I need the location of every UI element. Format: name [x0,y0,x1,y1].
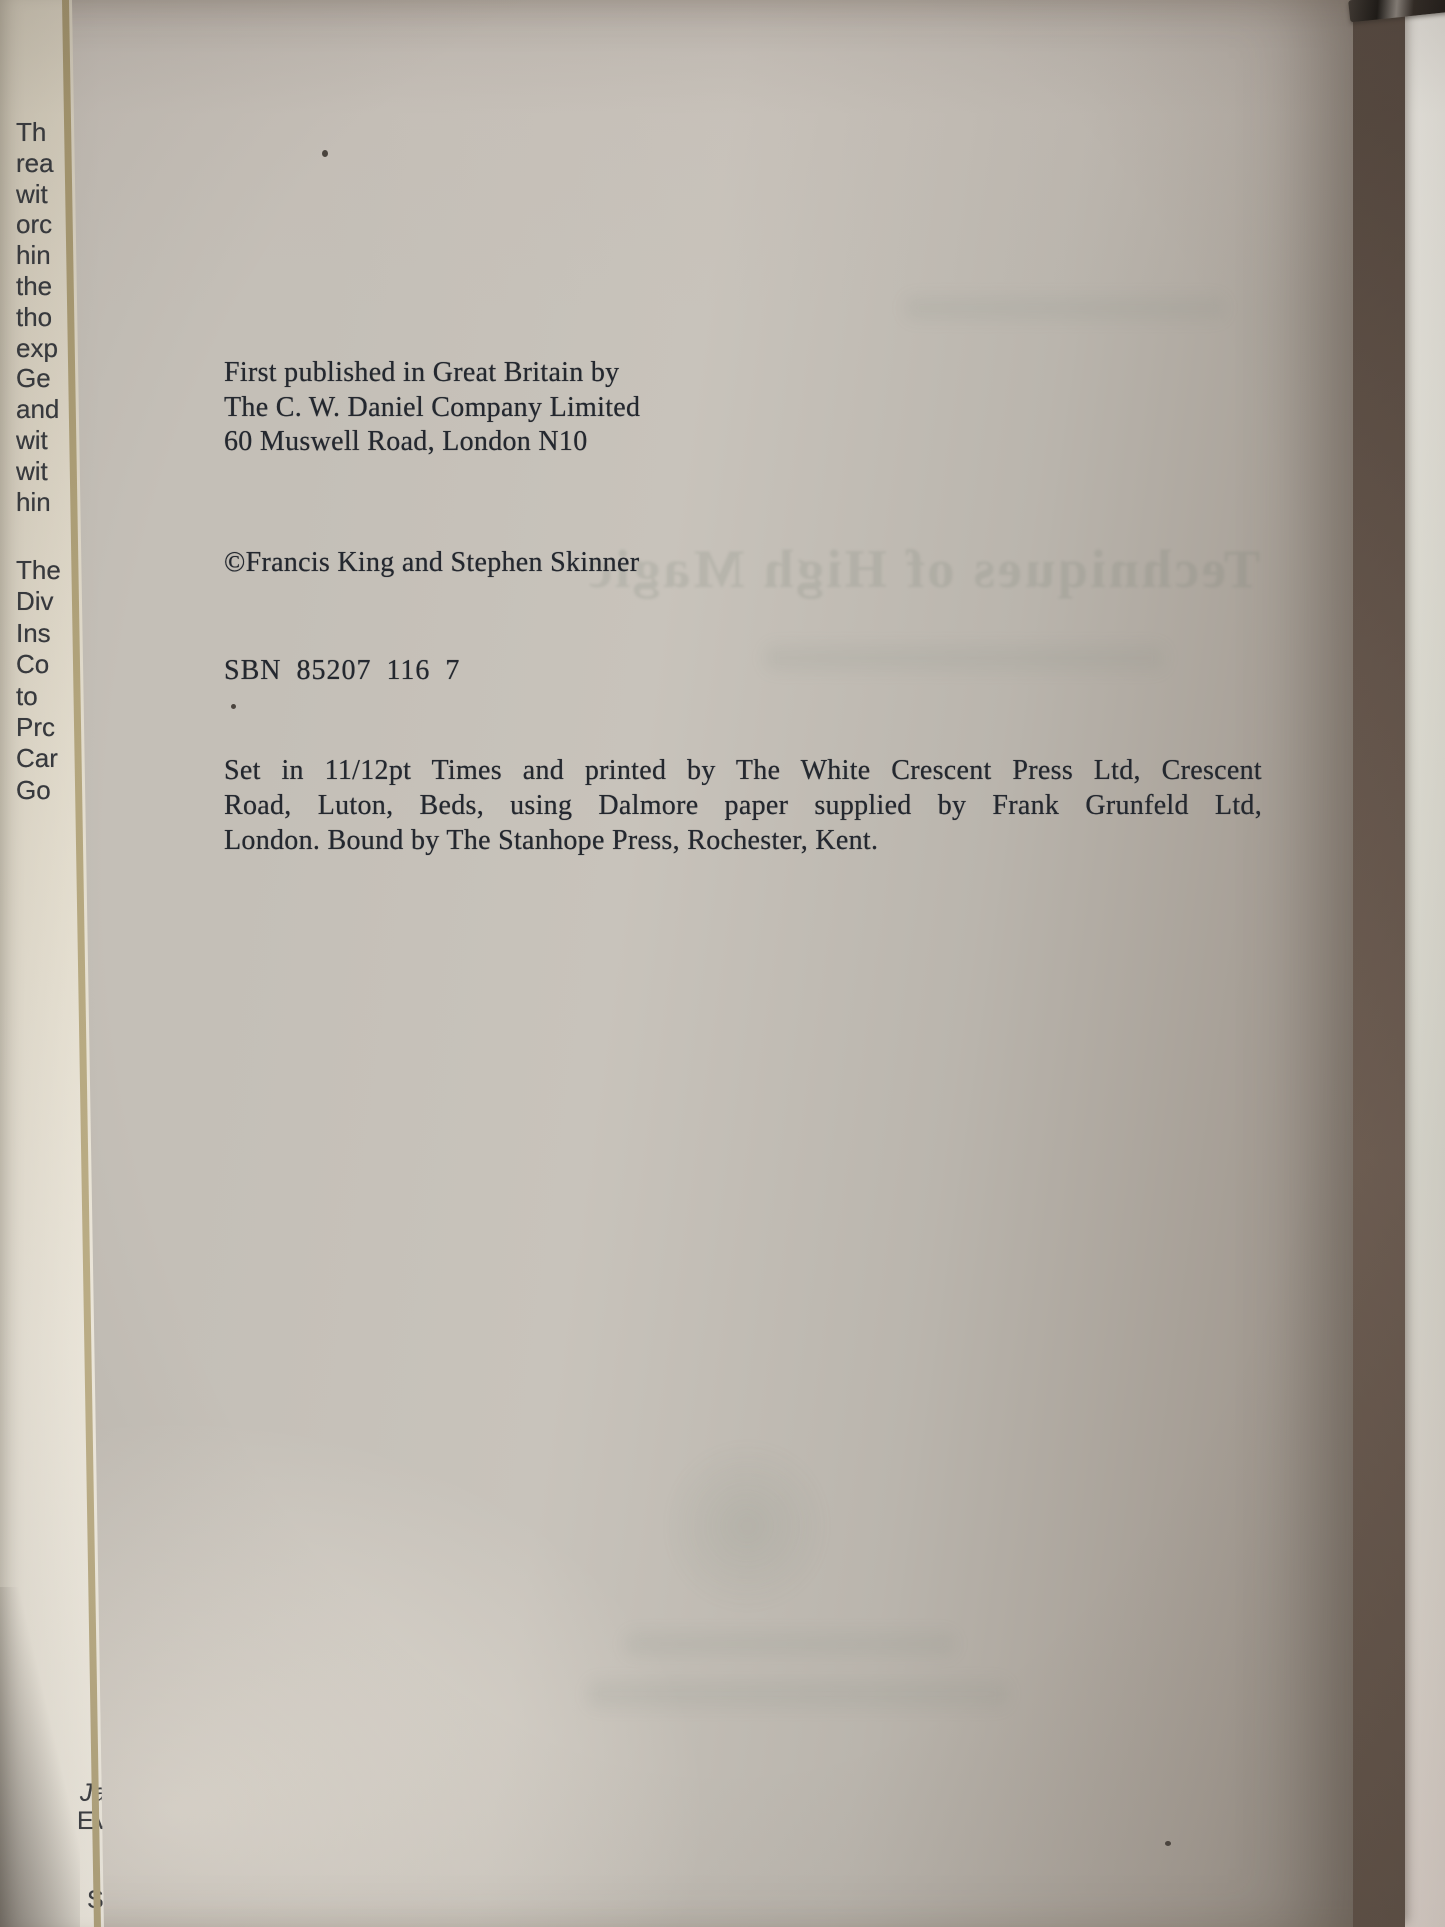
ghost-emblem [668,1438,826,1614]
flap-text-fragment: Div [16,587,74,615]
ink-speck [322,150,328,157]
flap-text-fragment: Go [16,776,74,804]
ghost-smudge [905,296,1225,320]
ghost-smudge [588,1680,1008,1708]
imprint-line: The C. W. Daniel Company Limited [224,391,640,426]
bottom-left-shadow [0,1587,80,1927]
background-strip [1403,0,1445,1927]
book-copyright-page-photo: ThreawitorchinthethoexpGeandwitwithin Th… [0,0,1445,1927]
colophon-block: Set in 11/12pt Times and printed by The … [224,753,1262,858]
ink-speck [1165,1841,1171,1846]
ghost-showthrough-title: Techniques of High Magic [600,538,1260,610]
book-board-edge [1351,0,1405,1927]
colophon-line: Set in 11/12pt Times and printed by The … [224,753,1262,788]
sbn-line: SBN 85207 116 7 [224,655,460,687]
ghost-smudge [625,1632,955,1656]
imprint-line: 60 Muswell Road, London N10 [224,425,640,460]
flap-text-fragment: Prc [16,713,74,741]
ghost-smudge [765,645,1165,671]
copyright-page: Techniques of High Magic First published… [0,0,1353,1927]
colophon-line: London. Bound by The Stanhope Press, Roc… [224,823,1262,858]
ink-speck [231,704,236,709]
colophon-line: Road, Luton, Beds, using Dalmore paper s… [224,788,1262,823]
flap-text-fragment: The [16,556,74,584]
flap-text-fragment: Co [16,650,74,678]
flap-text-fragment: Ins [16,619,74,647]
flap-text-fragment: Car [16,744,74,772]
flap-text-fragment: to [16,682,74,710]
imprint-block: First published in Great Britain by The … [224,356,640,460]
imprint-line: First published in Great Britain by [224,356,640,391]
copyright-line: ©Francis King and Stephen Skinner [224,547,639,579]
